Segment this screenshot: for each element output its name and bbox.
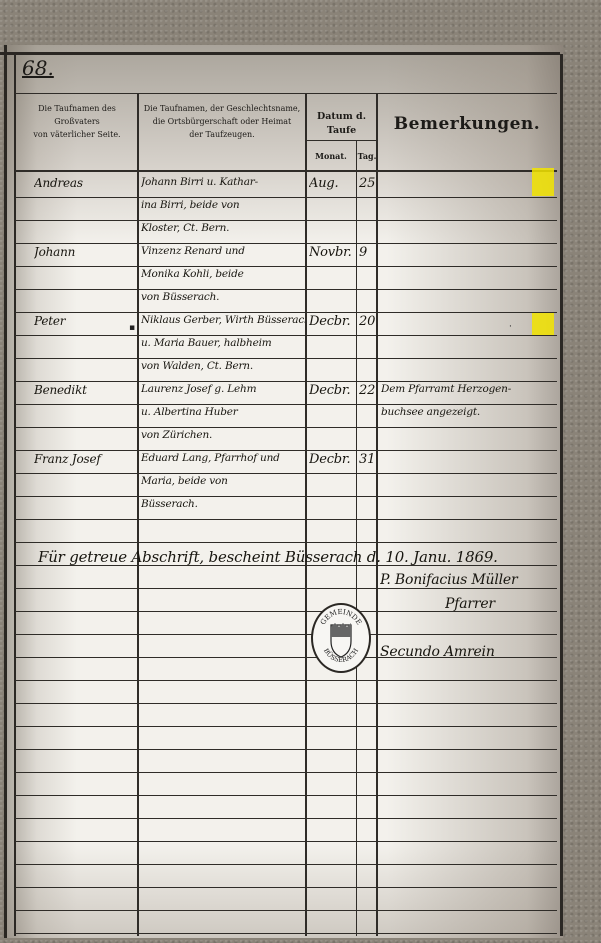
header-grandfather-line-3: von väterlicher Seite. [18, 128, 136, 141]
godparent-line: u. Maria Bauer, halbheim [141, 337, 305, 349]
row-rule [15, 818, 557, 819]
closing-line: Für getreue Abschrift, bescheint Büssera… [38, 548, 558, 566]
row-rule [15, 243, 557, 244]
godparent-line: von Büsserach. [141, 291, 305, 303]
baptism-month: Novbr. [309, 245, 357, 260]
baptism-month: Decbr. [309, 452, 357, 467]
date-subheader-line [306, 140, 377, 141]
header-grandfather-line-2: Großvaters [18, 115, 136, 128]
row-rule [15, 703, 557, 704]
baptism-day: 22 [359, 383, 377, 398]
godparent-line: Niklaus Gerber, Wirth Büsserach [141, 314, 305, 326]
header-grandfather: Die Taufnamen des Großvaters von väterli… [18, 102, 136, 141]
row-rule [15, 542, 557, 543]
row-rule [15, 404, 557, 405]
row-rule [15, 772, 557, 773]
header-date: Datum d. Taufe [306, 110, 377, 138]
row-rule [15, 335, 557, 336]
svg-text:GEMEINDE: GEMEINDE [319, 608, 363, 626]
row-rule [15, 749, 557, 750]
row-rule [15, 312, 557, 313]
row-rule [15, 887, 557, 888]
godparent-line: von Zürichen. [141, 429, 305, 441]
header-month: Monat. [306, 150, 356, 163]
baptism-day: 25 [359, 176, 377, 191]
municipal-stamp: GEMEINDE BÜSSERACH [311, 603, 371, 673]
row-rule [15, 634, 557, 635]
highlight-mark-2 [532, 313, 554, 335]
closing-attest: Secundo Amrein [380, 644, 520, 660]
row-rule [15, 933, 557, 934]
row-rule [15, 197, 557, 198]
row-rule [15, 427, 557, 428]
grandfather-name: Andreas [34, 176, 134, 190]
row-rule [15, 519, 557, 520]
header-godparents-line-3: der Taufzeugen. [139, 128, 305, 141]
godparent-line: Laurenz Josef g. Lehm [141, 383, 305, 395]
row-rule [15, 496, 557, 497]
baptism-month: Decbr. [309, 383, 357, 398]
closing-title: Pfarrer [445, 596, 545, 612]
remark-line: Dem Pfarramt Herzogen- [381, 383, 555, 395]
header-godparents: Die Taufnamen, der Geschlechtsname, die … [139, 102, 305, 141]
svg-text:BÜSSERACH: BÜSSERACH [322, 647, 360, 664]
godparent-line: Eduard Lang, Pfarrhof und [141, 452, 305, 464]
row-rule [15, 473, 557, 474]
baptism-day: 20 [359, 314, 377, 329]
godparent-line: Vinzenz Renard und [141, 245, 305, 257]
godparent-line: u. Albertina Huber [141, 406, 305, 418]
baptism-day: 9 [359, 245, 377, 260]
closing-signature: P. Bonifacius Müller [380, 572, 560, 588]
row-rule [15, 726, 557, 727]
godparent-line: Büsserach. [141, 498, 305, 510]
row-rule [15, 220, 557, 221]
baptism-day: 31 [359, 452, 377, 467]
row-rule [15, 588, 557, 589]
grandfather-name: Peter [34, 314, 134, 328]
header-bottom-line [15, 170, 557, 172]
godparent-line: von Walden, Ct. Bern. [141, 360, 305, 372]
row-rule [15, 381, 557, 382]
row-rule [15, 358, 557, 359]
row-rule [15, 795, 557, 796]
header-godparents-line-1: Die Taufnamen, der Geschlechtsname, [139, 102, 305, 115]
coat-of-arms-icon: GEMEINDE BÜSSERACH [313, 605, 369, 671]
row-rule [15, 864, 557, 865]
margin-mark: ▪ [129, 323, 135, 333]
baptism-month: Aug. [309, 176, 357, 191]
godparent-line: Johann Birri u. Kathar- [141, 176, 305, 188]
godparent-line: ina Birri, beide von [141, 199, 305, 211]
grandfather-name: Franz Josef [34, 452, 134, 466]
row-rule [15, 266, 557, 267]
row-rule [15, 289, 557, 290]
page-number: 68. [22, 56, 54, 80]
header-day: Tag. [357, 150, 377, 163]
header-top-line [15, 93, 557, 94]
grandfather-name: Johann [34, 245, 134, 259]
row-rule [15, 910, 557, 911]
godparent-line: Monika Kohli, beide [141, 268, 305, 280]
row-rule [15, 450, 557, 451]
highlight-mark-1 [532, 168, 554, 196]
header-grandfather-line-1: Die Taufnamen des [18, 102, 136, 115]
row-rule [15, 680, 557, 681]
godparent-line: Maria, beide von [141, 475, 305, 487]
header-godparents-line-2: die Ortsbürgerschaft oder Heimat [139, 115, 305, 128]
baptism-month: Decbr. [309, 314, 357, 329]
grandfather-name: Benedikt [34, 383, 134, 397]
margin-dot: · [509, 322, 512, 332]
remark-line: buchsee angezeigt. [381, 406, 555, 418]
header-remarks: Bemerkungen. [378, 118, 556, 131]
godparent-line: Kloster, Ct. Bern. [141, 222, 305, 234]
row-rule [15, 841, 557, 842]
